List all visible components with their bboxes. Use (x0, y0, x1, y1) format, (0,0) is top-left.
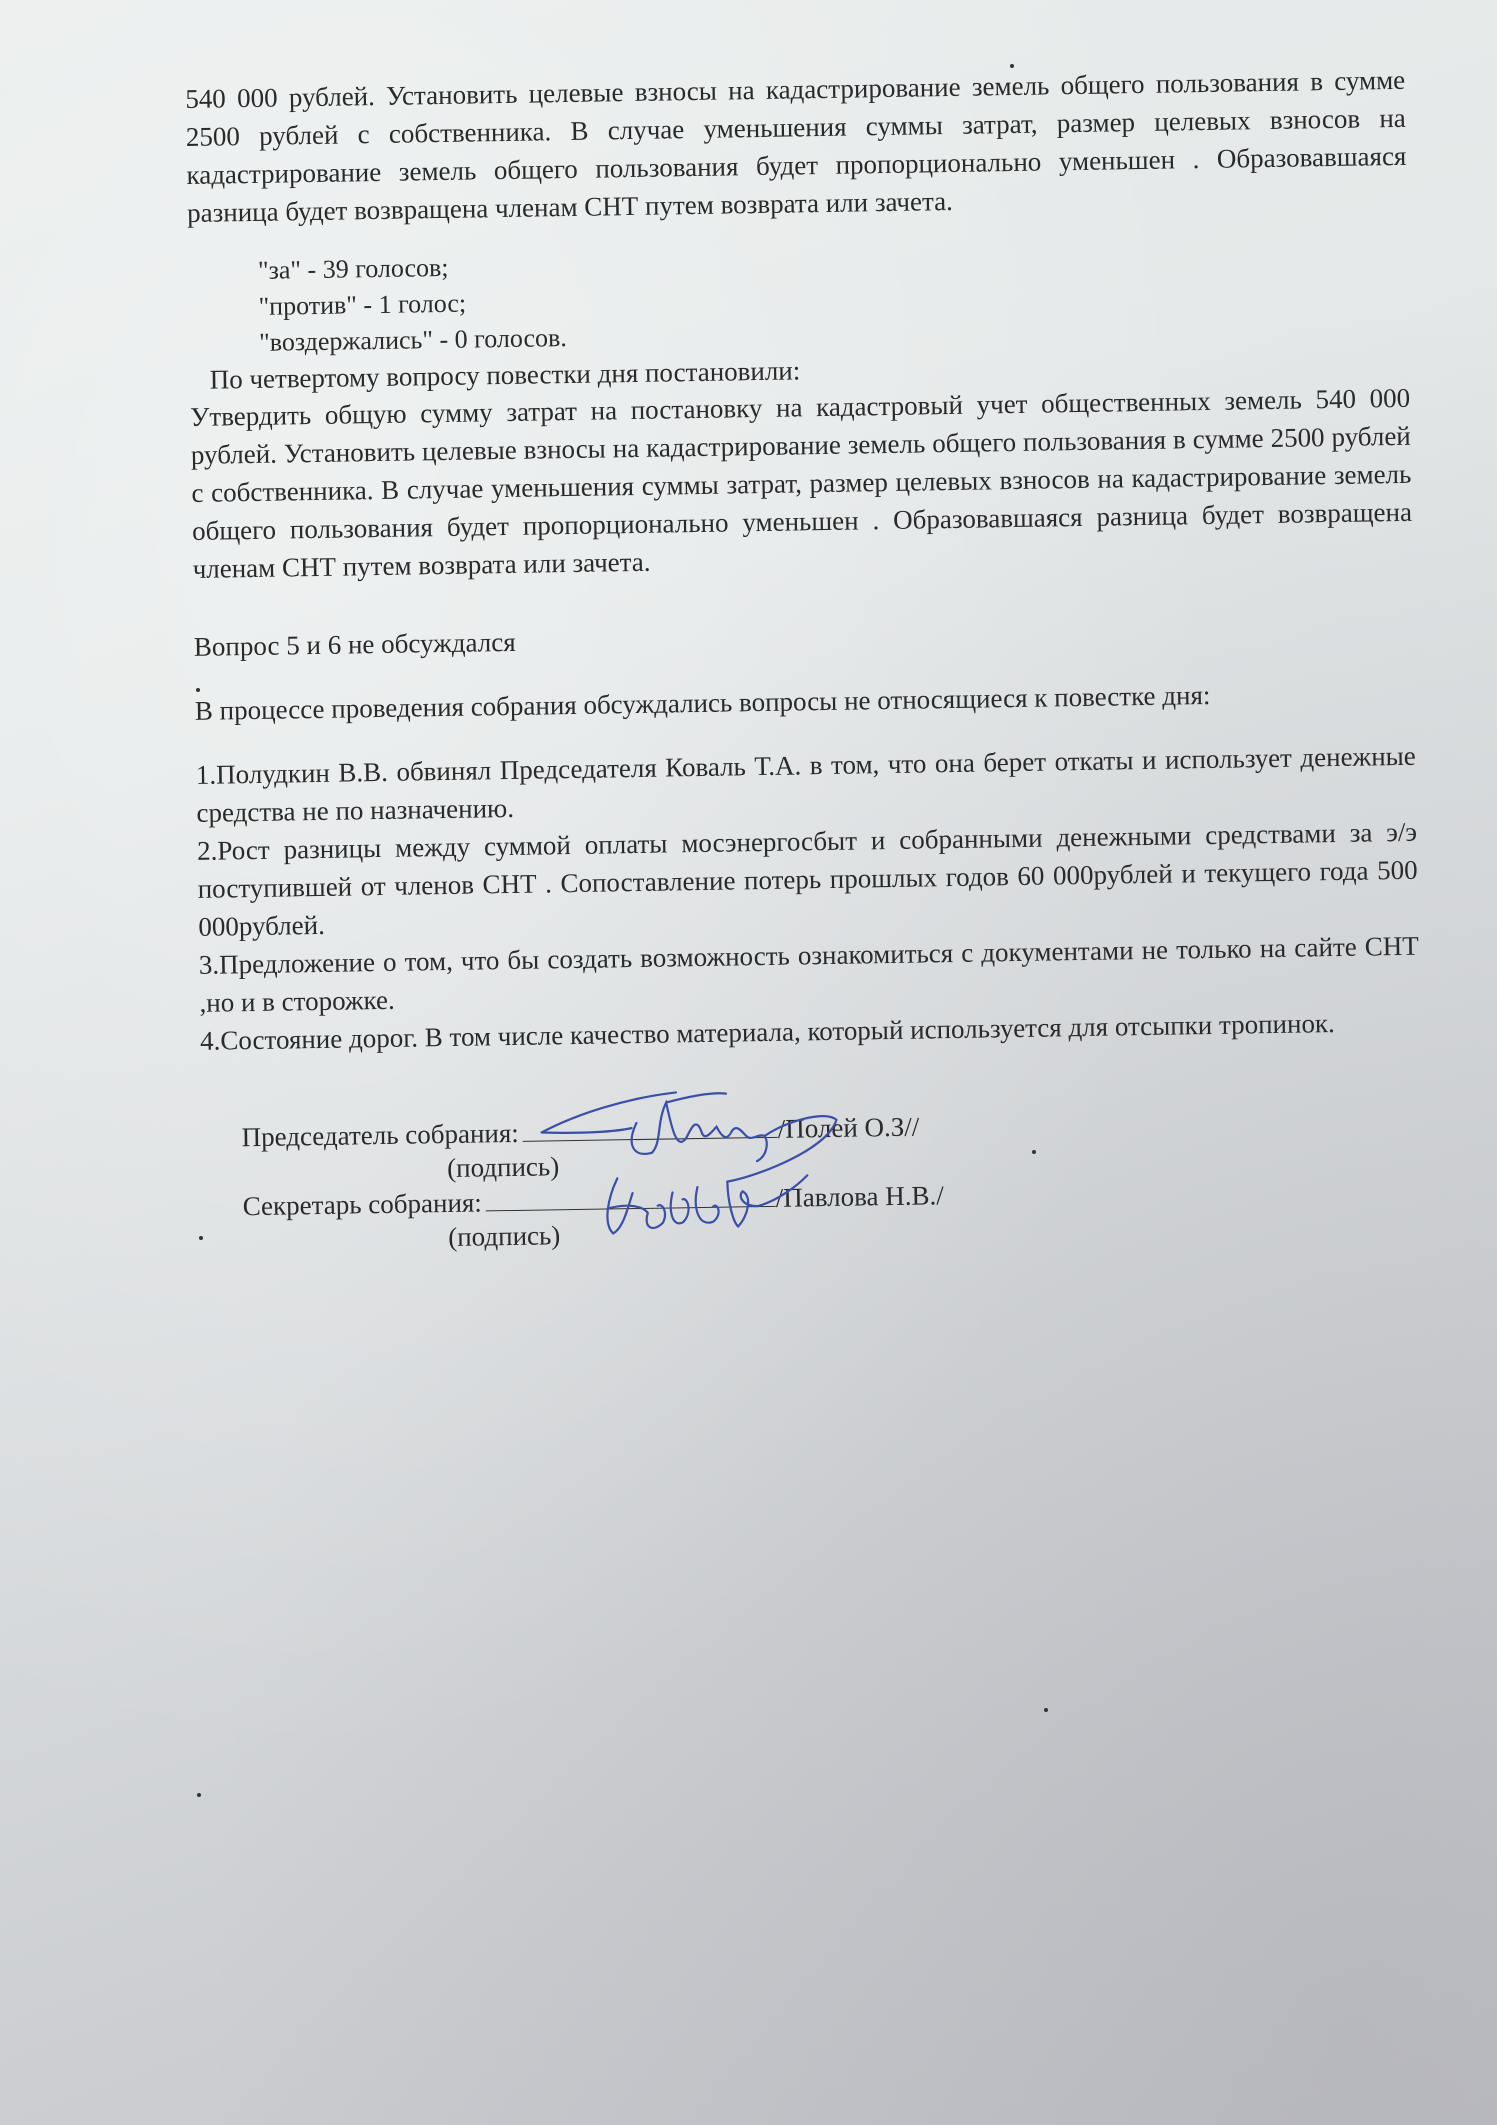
signature-block: Председатель собрания:/Полей О.З// (подп… (241, 1101, 1423, 1270)
secretary-name: /Павлова Н.В./ (776, 1180, 944, 1213)
speck (197, 1793, 201, 1797)
chair-label: Председатель собрания: (241, 1116, 519, 1154)
document-page: 540 000 рублей. Установить целевые взнос… (0, 0, 1497, 2125)
secretary-signature-line (486, 1180, 776, 1212)
speck (1044, 1708, 1048, 1712)
vote-results: "за" - 39 голосов; "против" - 1 голос; "… (258, 235, 1410, 361)
offtopic-item-2: 2.Рост разницы между суммой оплаты мосэн… (197, 813, 1419, 946)
document-body: 540 000 рублей. Установить целевые взнос… (185, 61, 1424, 1270)
chair-name: /Полей О.З// (777, 1112, 919, 1144)
q4-resolution: Утвердить общую сумму затрат на постанов… (190, 379, 1413, 588)
secretary-label: Секретарь собрания: (242, 1185, 482, 1223)
continued-paragraph: 540 000 рублей. Установить целевые взнос… (185, 61, 1407, 232)
chair-signature-line (522, 1111, 777, 1142)
